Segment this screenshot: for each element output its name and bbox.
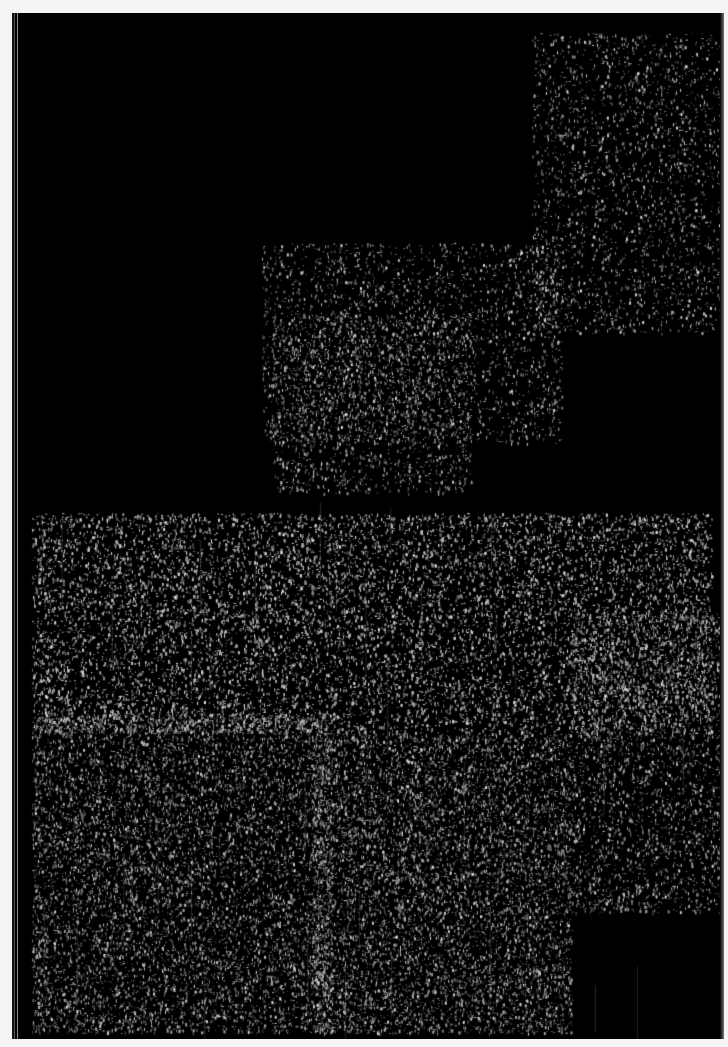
page-binding-edge: [12, 13, 22, 1039]
scanned-image: [12, 13, 724, 1039]
page-right-edge: [720, 13, 724, 1039]
image-texture: [12, 13, 724, 1039]
